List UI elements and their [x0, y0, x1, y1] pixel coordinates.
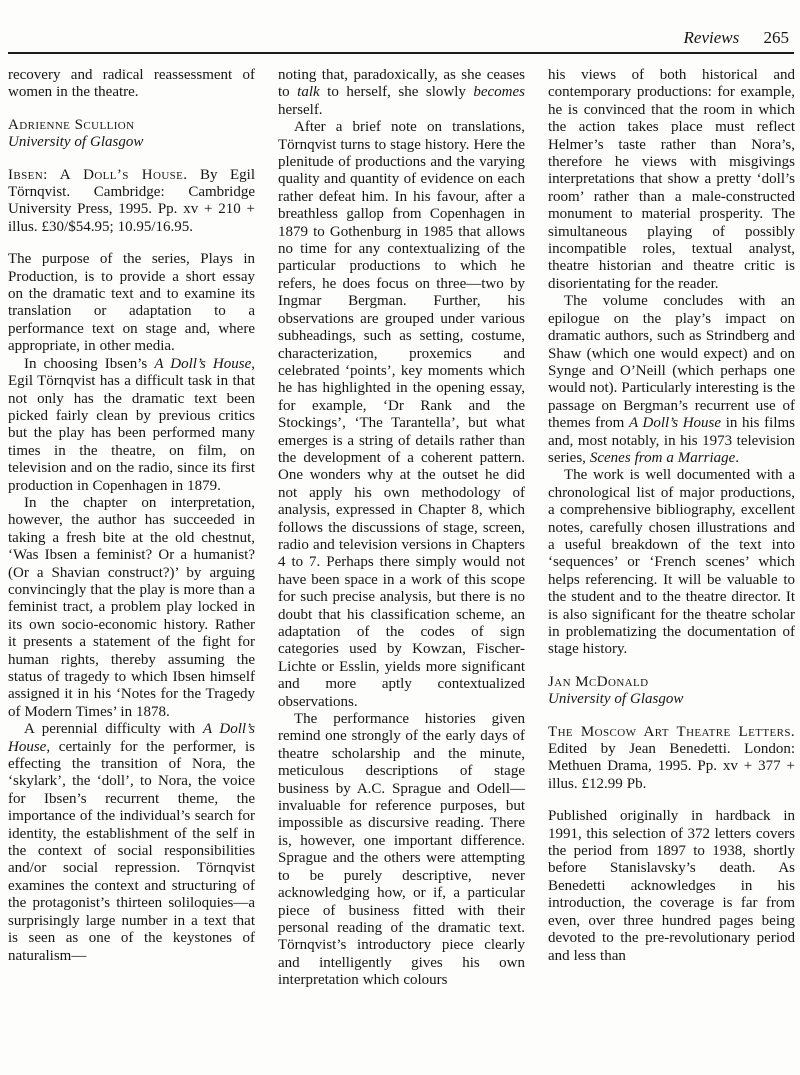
- reviewer-name: Adrienne Scullion: [8, 117, 255, 134]
- review-columns: recovery and radical reassessment of wom…: [8, 67, 794, 990]
- reviewer-affiliation: University of Glasgow: [548, 691, 795, 708]
- paragraph: In the chapter on interpretation, howeve…: [8, 495, 255, 721]
- paragraph: A perennial difficulty with A Doll’s Hou…: [8, 721, 255, 965]
- section-title: Reviews: [684, 28, 740, 47]
- reviewer-affiliation: University of Glasgow: [8, 134, 255, 151]
- journal-page: Reviews 265 recovery and radical reasses…: [0, 0, 800, 1075]
- column-1: recovery and radical reassessment of wom…: [8, 67, 255, 990]
- paragraph: The performance histories given remind o…: [278, 711, 525, 990]
- paragraph: Published originally in hardback in 1991…: [548, 808, 795, 965]
- page-header: Reviews 265: [8, 28, 794, 54]
- paragraph: The volume concludes with an epilogue on…: [548, 293, 795, 467]
- paragraph: recovery and radical reassessment of wom…: [8, 67, 255, 102]
- book-citation: The Moscow Art Theatre Letters. Edited b…: [548, 724, 795, 794]
- paragraph: In choosing Ibsen’s A Doll’s House, Egil…: [8, 356, 255, 495]
- header-rule: [8, 52, 794, 54]
- paragraph: The purpose of the series, Plays in Prod…: [8, 251, 255, 355]
- column-2: noting that, paradoxically, as she cease…: [278, 67, 525, 990]
- paragraph: his views of both historical and contemp…: [548, 67, 795, 293]
- paragraph: After a brief note on translations, Törn…: [278, 119, 525, 711]
- paragraph: noting that, paradoxically, as she cease…: [278, 67, 525, 119]
- column-3: his views of both historical and contemp…: [548, 67, 795, 990]
- paragraph: The work is well documented with a chron…: [548, 467, 795, 658]
- running-head: Reviews 265: [8, 28, 794, 48]
- reviewer-name: Jan McDonald: [548, 674, 795, 691]
- book-citation: Ibsen: A Doll’s House. By Egil Törnqvist…: [8, 167, 255, 237]
- page-number: 265: [764, 28, 790, 47]
